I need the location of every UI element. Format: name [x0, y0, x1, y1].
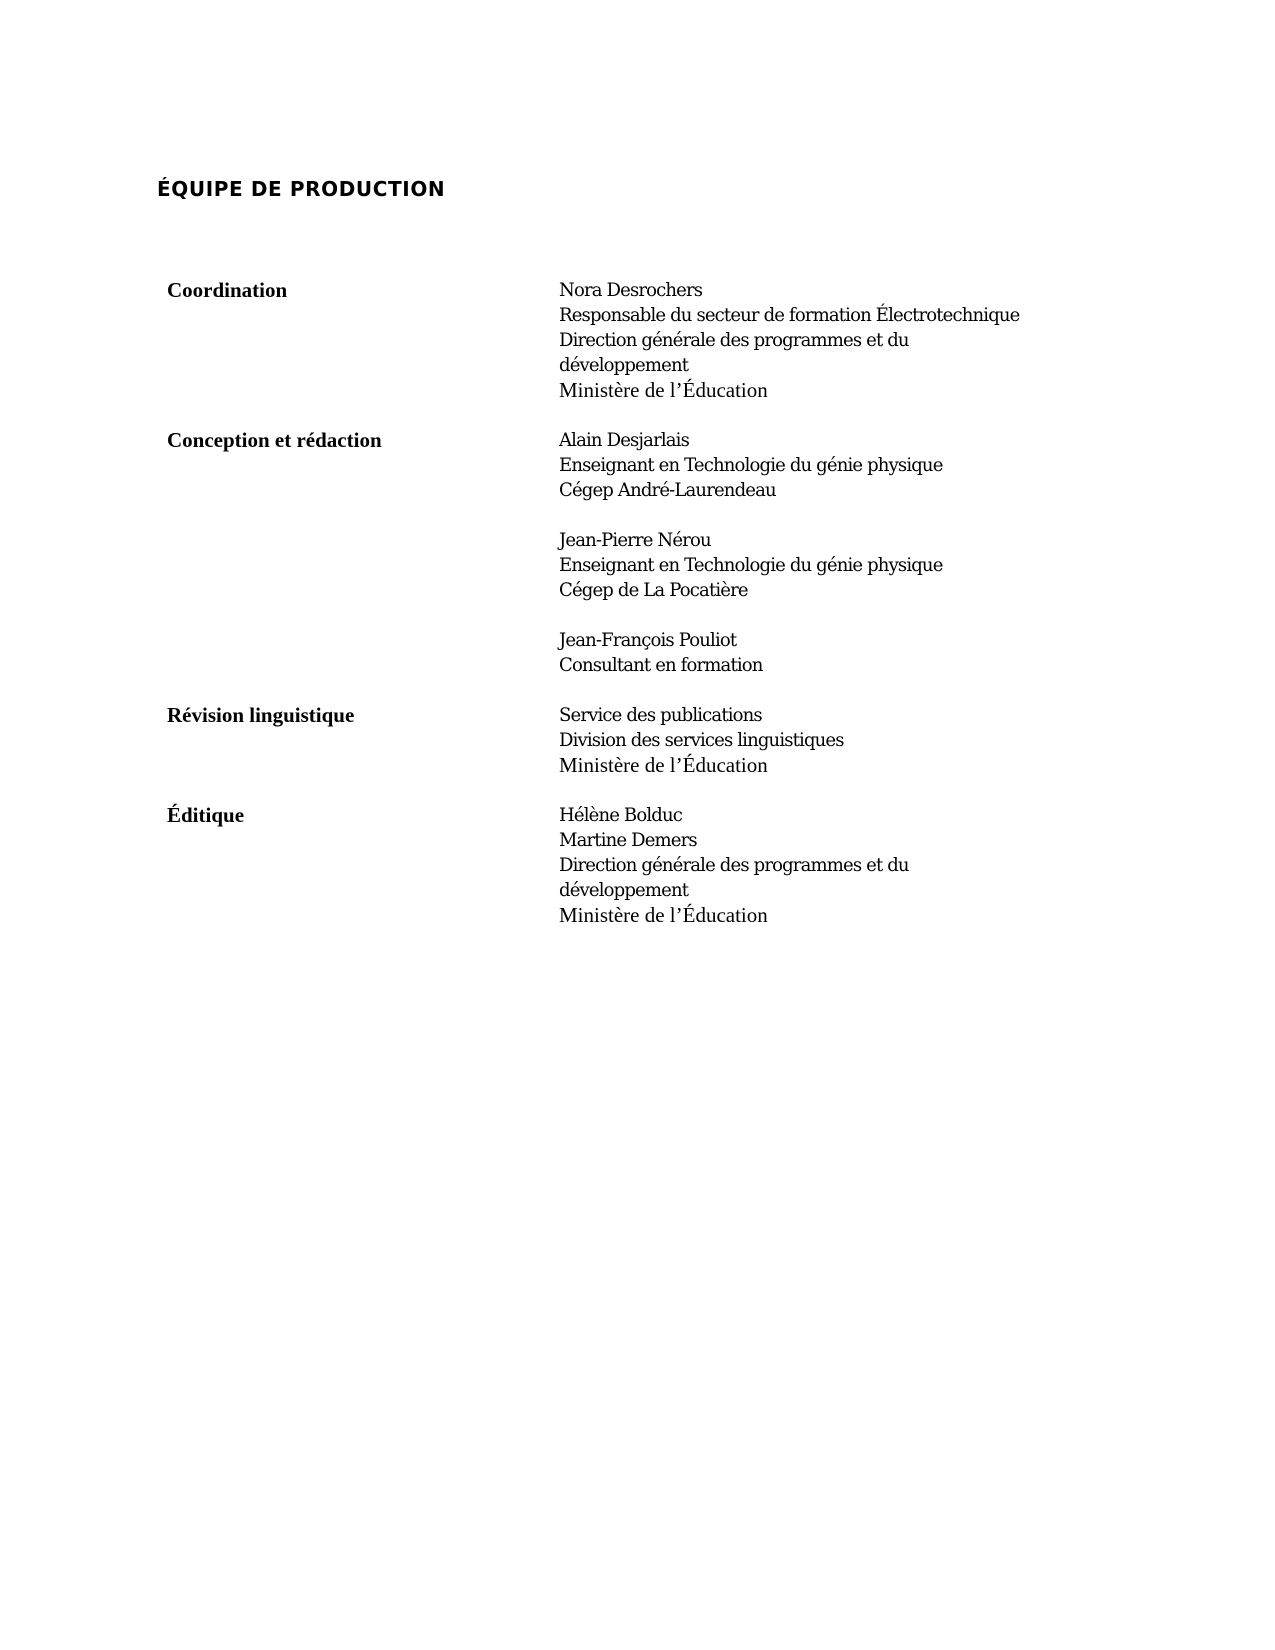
credit-section: ÉditiqueHélène BolducMartine DemersDirec…: [167, 803, 1167, 928]
credit-entry: Jean-Pierre NérouEnseignant en Technolog…: [559, 528, 1167, 603]
credit-entry: Alain DesjarlaisEnseignant en Technologi…: [559, 428, 1167, 503]
page-title: ÉQUIPE DE PRODUCTION: [157, 177, 445, 201]
entry-detail-line: Consultant en formation: [559, 653, 1137, 678]
entry-detail-line: développement: [559, 353, 1137, 378]
entry-detail-line: Enseignant en Technologie du génie physi…: [559, 553, 1137, 578]
section-entries: Service des publicationsDivision des ser…: [559, 703, 1167, 778]
credit-entry: Nora DesrochersResponsable du secteur de…: [559, 278, 1167, 403]
entry-name: Jean-François Pouliot: [559, 628, 1137, 653]
section-label: Éditique: [167, 803, 559, 928]
entry-detail-line: Ministère de l’Éducation: [559, 378, 1167, 403]
credit-entry: Service des publicationsDivision des ser…: [559, 703, 1167, 778]
section-entries: Nora DesrochersResponsable du secteur de…: [559, 278, 1167, 403]
entry-detail-line: Ministère de l’Éducation: [559, 903, 1167, 928]
section-label: Conception et rédaction: [167, 428, 559, 678]
entry-detail-line: développement: [559, 878, 1137, 903]
section-entries: Alain DesjarlaisEnseignant en Technologi…: [559, 428, 1167, 678]
entry-detail-line: Cégep André-Laurendeau: [559, 478, 1137, 503]
entry-detail-line: Responsable du secteur de formation Élec…: [559, 303, 1137, 328]
entry-detail-line: Enseignant en Technologie du génie physi…: [559, 453, 1137, 478]
entry-name: Hélène Bolduc: [559, 803, 1137, 828]
entry-detail-line: Martine Demers: [559, 828, 1137, 853]
entry-detail-line: Ministère de l’Éducation: [559, 753, 1167, 778]
entry-detail-line: Direction générale des programmes et du: [559, 853, 1137, 878]
entry-detail-line: Direction générale des programmes et du: [559, 328, 1137, 353]
section-label: Coordination: [167, 278, 559, 403]
entry-detail-line: Cégep de La Pocatière: [559, 578, 1137, 603]
entry-detail-line: Division des services linguistiques: [559, 728, 1137, 753]
credits-list: CoordinationNora DesrochersResponsable d…: [167, 278, 1167, 953]
entry-name: Jean-Pierre Nérou: [559, 528, 1137, 553]
credit-entry: Jean-François PouliotConsultant en forma…: [559, 628, 1167, 678]
credit-section: CoordinationNora DesrochersResponsable d…: [167, 278, 1167, 403]
entry-name: Service des publications: [559, 703, 1137, 728]
section-label: Révision linguistique: [167, 703, 559, 778]
section-entries: Hélène BolducMartine DemersDirection gén…: [559, 803, 1167, 928]
entry-name: Nora Desrochers: [559, 278, 1137, 303]
credit-section: Conception et rédactionAlain DesjarlaisE…: [167, 428, 1167, 678]
credit-section: Révision linguistiqueService des publica…: [167, 703, 1167, 778]
entry-name: Alain Desjarlais: [559, 428, 1137, 453]
credit-entry: Hélène BolducMartine DemersDirection gén…: [559, 803, 1167, 928]
